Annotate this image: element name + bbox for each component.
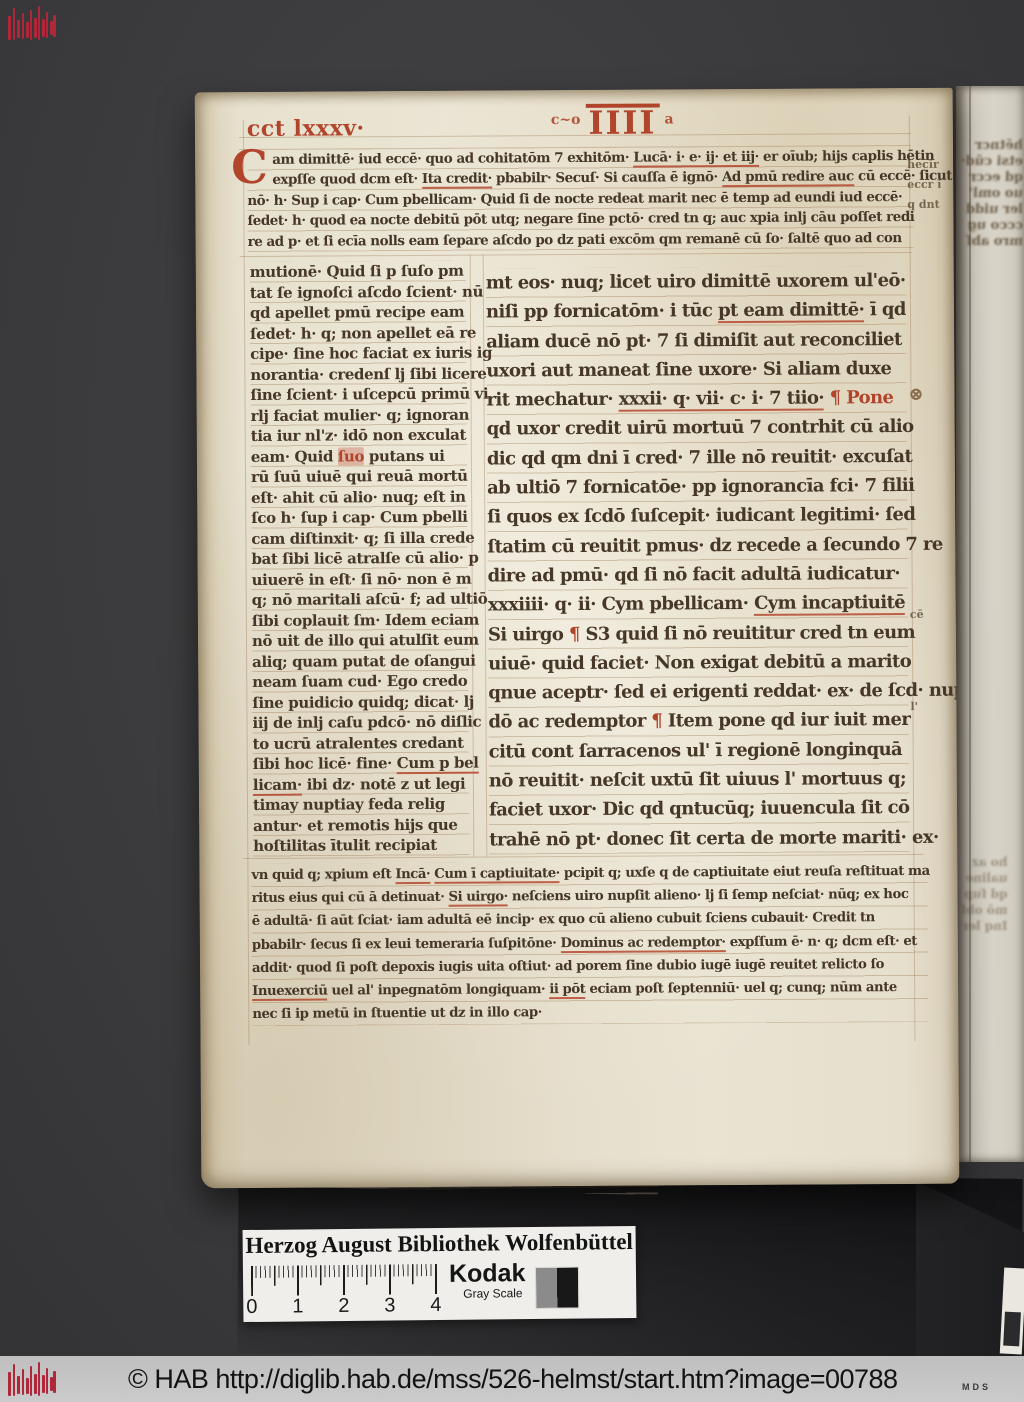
facing-page-edge: hētncretsi cūd·qd eccruo oml'ler uiddccc… bbox=[956, 86, 1024, 1162]
top-block-lines: am dimittē· iud eccē· quo ad cohitatōm 7… bbox=[247, 146, 914, 252]
text-block-bottom: vn quid q; xpium eſt Incā· Cum ī captiui… bbox=[251, 860, 928, 1027]
registration-marks-top-left bbox=[8, 6, 60, 46]
registration-marks-bottom-left bbox=[8, 1362, 60, 1402]
footer-corner-text: MDS bbox=[962, 1382, 991, 1392]
gray-scale-label: Gray Scale bbox=[463, 1286, 526, 1301]
quire-heading: c~o IIII a bbox=[551, 103, 674, 138]
text-block-top: C am dimittē· iud eccē· quo ad cohitatōm… bbox=[247, 146, 914, 252]
gray-scale-patch bbox=[535, 1267, 579, 1309]
quire-flourish-right: a bbox=[664, 111, 673, 127]
footer-bar: © HAB http://diglib.hab.de/mss/526-helms… bbox=[0, 1356, 1024, 1402]
manuscript-page: cct lxxxv· c~o IIII a C am dimittē· iud … bbox=[195, 88, 960, 1189]
text-column-right: mt eos· nuq; licet uiro dimittē uxorem u… bbox=[486, 266, 910, 854]
library-name-label: Herzog August Bibliothek Wolfenbüttel bbox=[243, 1229, 636, 1259]
marginalia: hecīreccr īq dnt⊗cēl' bbox=[195, 88, 953, 93]
facing-label-gray-square bbox=[1003, 1312, 1021, 1347]
kodak-wordmark: Kodak bbox=[449, 1261, 526, 1287]
ruling-line-vertical bbox=[243, 120, 250, 1045]
facing-page-showthrough-text: hētncretsi cūd·qd eccruo oml'ler uiddccc… bbox=[961, 138, 1023, 250]
facing-page-showthrough-text-lower: ho azualineqd ſupmō obſInq ler bbox=[961, 854, 1007, 934]
facing-label-fragment bbox=[1000, 1267, 1024, 1354]
ruler-ticks bbox=[251, 1264, 441, 1296]
rubricated-initial: C bbox=[231, 148, 267, 186]
source-url-caption: © HAB http://diglib.hab.de/mss/526-helms… bbox=[128, 1364, 898, 1395]
color-scale-card: Herzog August Bibliothek Wolfenbüttel 01… bbox=[243, 1226, 637, 1322]
folio-number: cct lxxxv· bbox=[247, 115, 365, 142]
photo-stage: hētncretsi cūd·qd eccruo oml'ler uiddccc… bbox=[0, 0, 1024, 1402]
text-column-left: mutionē· Quid ſi p ſuſo pmtat ſe ignoſci… bbox=[250, 261, 470, 857]
ruling-line bbox=[240, 252, 912, 257]
gray-scale-brand: Kodak Gray Scale bbox=[449, 1261, 526, 1301]
centimeter-ruler: 01234 bbox=[251, 1264, 452, 1320]
quire-numeral: IIII bbox=[585, 103, 659, 138]
quire-flourish-left: c~o bbox=[551, 112, 581, 128]
